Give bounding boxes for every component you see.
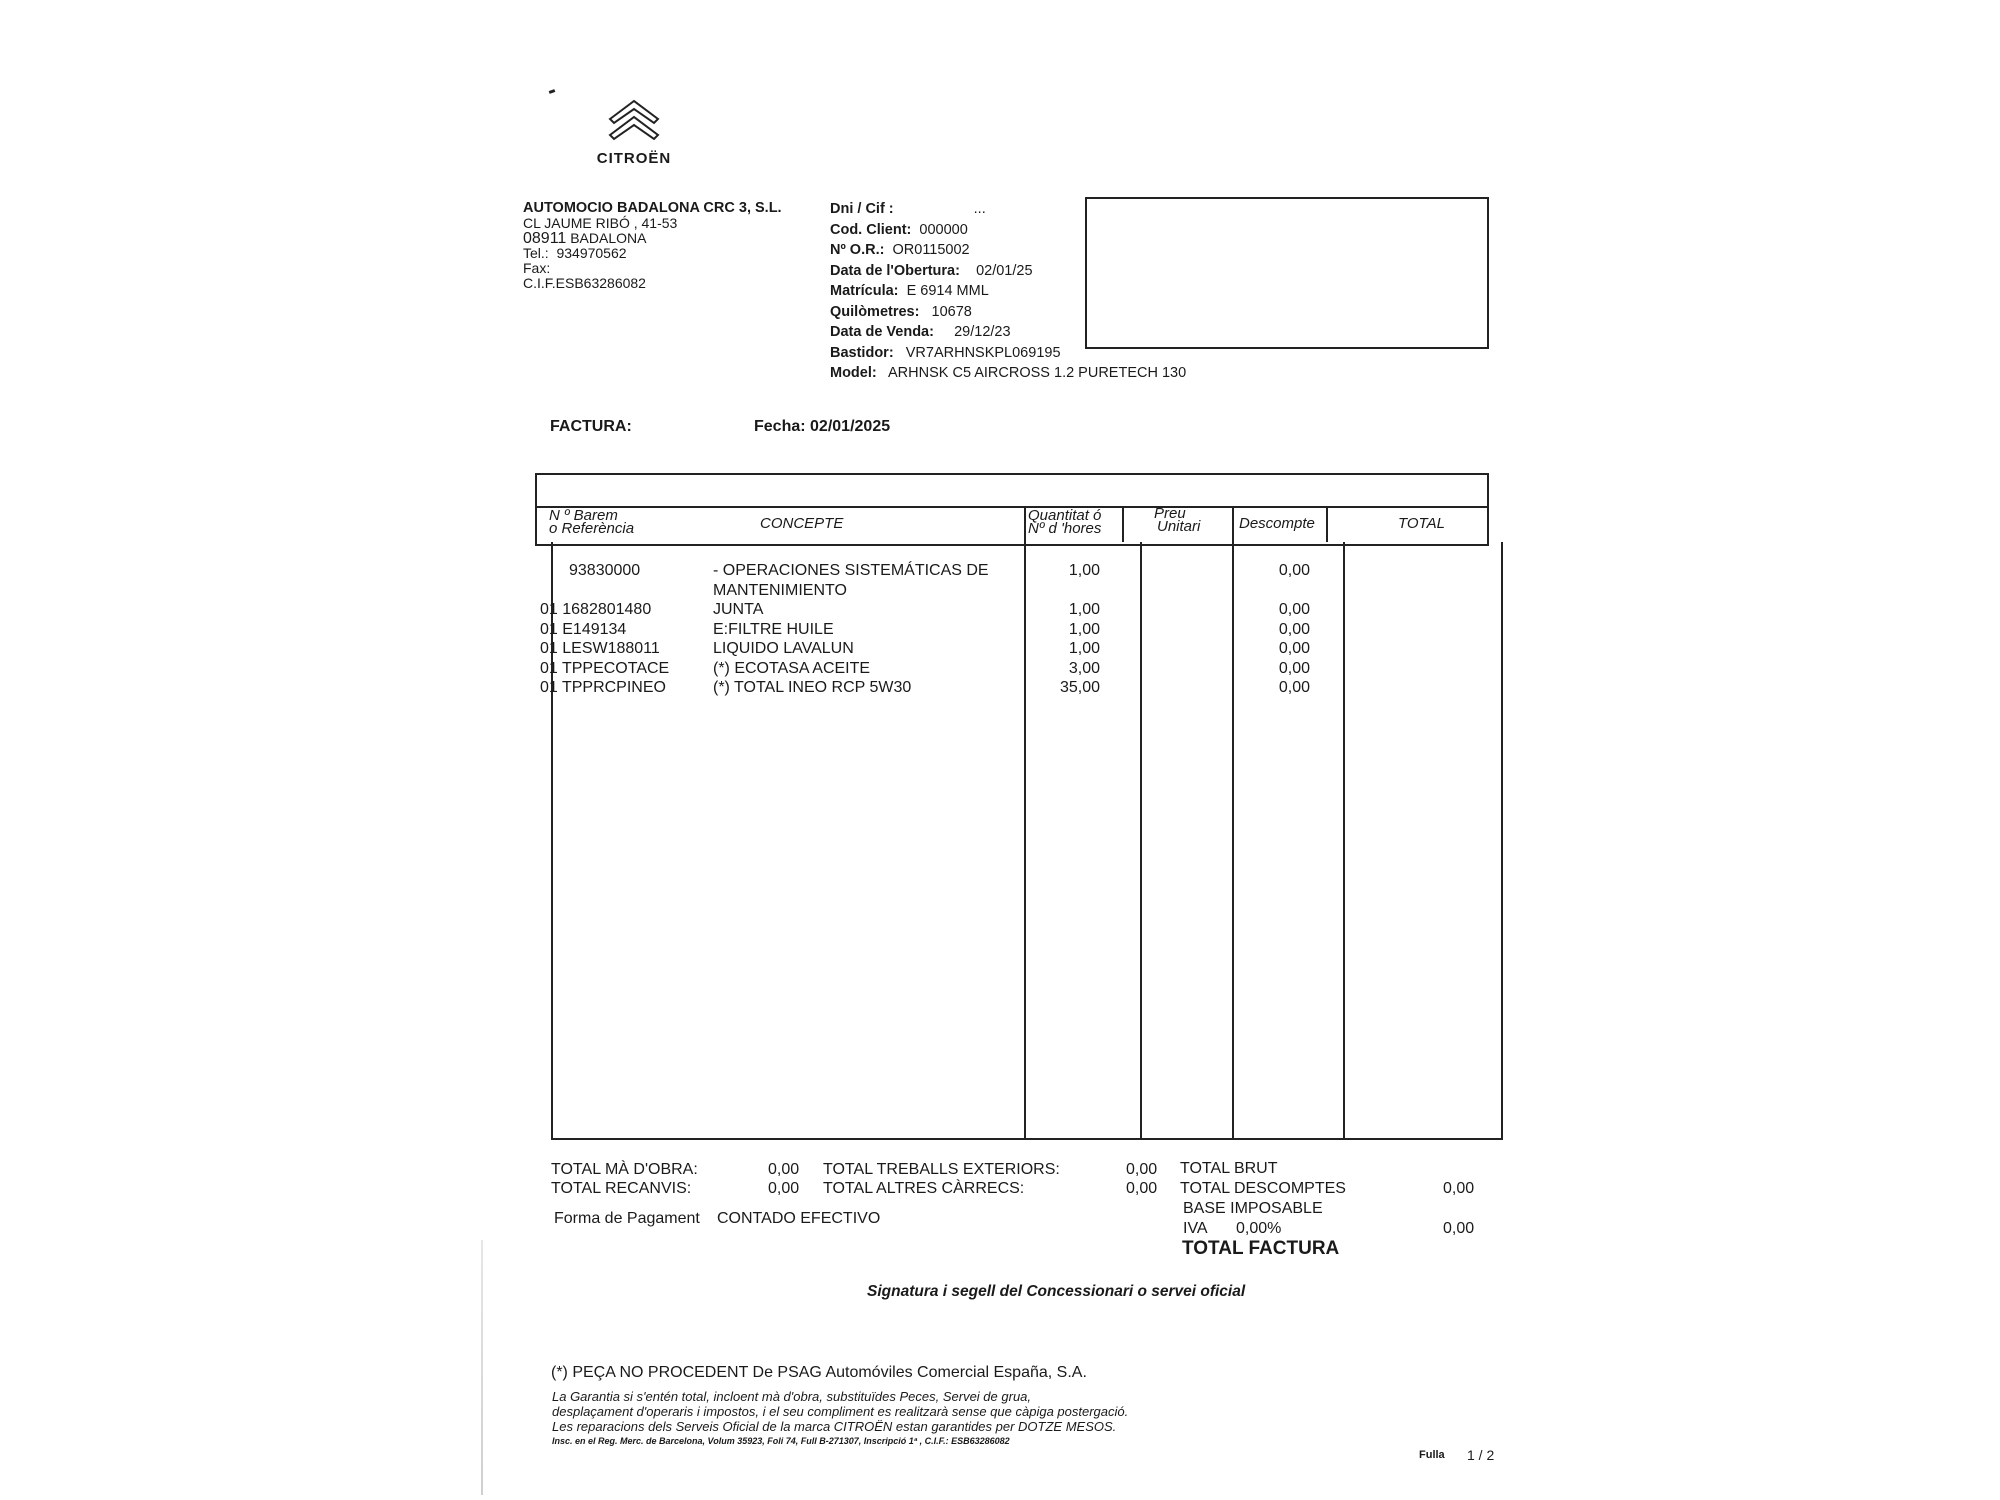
total-parts: 0,00 xyxy=(768,1180,799,1198)
brand-name: CITROËN xyxy=(584,150,684,167)
base-label: BASE IMPOSABLE xyxy=(1183,1200,1323,1218)
info-row-model: Model: ARHNSK C5 AIRCROSS 1.2 PURETECH 1… xyxy=(830,365,1186,386)
col-divider xyxy=(1232,506,1234,1140)
header-qty: Quantitat ó Nº d 'hores xyxy=(1028,509,1101,535)
header-discount: Descompte xyxy=(1239,517,1315,530)
total-discounts-label: TOTAL DESCOMPTES xyxy=(1180,1180,1346,1198)
scan-speck xyxy=(549,89,556,94)
invoice-date-value: 02/01/2025 xyxy=(810,418,890,435)
total-gross-label: TOTAL BRUT xyxy=(1180,1160,1278,1178)
table-row-0-discount: 0,00 xyxy=(1250,561,1310,581)
table-header xyxy=(535,506,1489,546)
total-labor-label: TOTAL MÀ D'OBRA: xyxy=(551,1161,698,1179)
dealer-city: BADALONA xyxy=(570,230,646,246)
vat-rate: 0,00% xyxy=(1236,1220,1281,1238)
invoice-date: Fecha: 02/01/2025 xyxy=(754,418,890,436)
table-row-4-ref: 01 TPPECOTACE xyxy=(540,659,669,679)
header-total: TOTAL xyxy=(1398,517,1445,530)
total-other-label: TOTAL ALTRES CÀRRECS: xyxy=(823,1180,1024,1198)
table-row-1-concept: JUNTA xyxy=(713,600,763,620)
table-row-4-qty: 3,00 xyxy=(1040,659,1100,679)
invoice-total-label: TOTAL FACTURA xyxy=(1182,1238,1339,1260)
total-external: 0,00 xyxy=(1126,1161,1157,1179)
total-labor: 0,00 xyxy=(768,1161,799,1179)
dealer-block: AUTOMOCIO BADALONA CRC 3, S.L. CL JAUME … xyxy=(523,201,782,291)
table-row-2-discount: 0,00 xyxy=(1250,620,1310,640)
table-row-1-qty: 1,00 xyxy=(1040,600,1100,620)
table-row-4-discount: 0,00 xyxy=(1250,659,1310,679)
col-divider xyxy=(1343,542,1345,1138)
table-top-band xyxy=(535,473,1489,509)
table-row-5-discount: 0,00 xyxy=(1250,678,1310,698)
table-row-2-qty: 1,00 xyxy=(1040,620,1100,640)
total-parts-label: TOTAL RECANVIS: xyxy=(551,1180,691,1198)
dealer-address: CL JAUME RIBÓ , 41-53 xyxy=(523,216,782,231)
table-row-2-ref: 01 E149134 xyxy=(540,620,626,640)
total-discounts: 0,00 xyxy=(1443,1180,1474,1198)
table-row-0-ref: 93830000 xyxy=(569,561,640,581)
vat-label: IVA xyxy=(1183,1220,1208,1238)
total-other: 0,00 xyxy=(1126,1180,1157,1198)
table-row-3-ref: 01 LESW188011 xyxy=(540,639,660,659)
dealer-tel-label: Tel.: xyxy=(523,245,549,261)
table-row-0-qty: 1,00 xyxy=(1040,561,1100,581)
table-row-3-qty: 1,00 xyxy=(1040,639,1100,659)
sheet-number: 1 / 2 xyxy=(1467,1447,1494,1463)
payment-label: Forma de Pagament xyxy=(554,1210,700,1228)
table-row-0-concept: - OPERACIONES SISTEMÁTICAS DE MANTENIMIE… xyxy=(713,561,989,600)
sheet-label: Fulla xyxy=(1419,1449,1445,1461)
scan-artifact-line xyxy=(481,1240,483,1495)
vat-amount: 0,00 xyxy=(1443,1220,1474,1238)
col-divider xyxy=(1024,506,1026,1140)
col-divider xyxy=(1140,542,1142,1138)
table-row-5-ref: 01 TPPRCPINEO xyxy=(540,678,666,698)
footnote: (*) PEÇA NO PROCEDENT De PSAG Automóvile… xyxy=(551,1364,1087,1382)
table-row-4-concept: (*) ECOTASA ACEITE xyxy=(713,659,870,679)
double-chevron-icon xyxy=(606,95,662,143)
dealer-name: AUTOMOCIO BADALONA CRC 3, S.L. xyxy=(523,201,782,216)
col-divider xyxy=(1122,506,1124,542)
dealer-cif: C.I.F.ESB63286082 xyxy=(523,276,782,291)
header-concept: CONCEPTE xyxy=(760,517,843,530)
header-unit-price: Preu Unitari xyxy=(1154,507,1200,533)
dealer-tel: 934970562 xyxy=(556,245,626,261)
warranty-text: La Garantia si s'entén total, incloent m… xyxy=(552,1389,1128,1449)
table-row-1-discount: 0,00 xyxy=(1250,600,1310,620)
customer-address-box xyxy=(1085,197,1489,349)
table-row-5-qty: 35,00 xyxy=(1040,678,1100,698)
table-row-3-concept: LIQUIDO LAVALUN xyxy=(713,639,854,659)
header-ref: N º Barem o Referència xyxy=(549,509,634,535)
signature-caption: Signatura i segell del Concessionari o s… xyxy=(867,1283,1245,1301)
table-row-1-ref: 01 1682801480 xyxy=(540,600,651,620)
registry-text: Insc. en el Reg. Merc. de Barcelona, Vol… xyxy=(552,1434,1128,1449)
table-row-2-concept: E:FILTRE HUILE xyxy=(713,620,834,640)
payment-method: CONTADO EFECTIVO xyxy=(717,1210,880,1228)
table-row-5-concept: (*) TOTAL INEO RCP 5W30 xyxy=(713,678,911,698)
dealer-fax-label: Fax: xyxy=(523,261,782,276)
total-external-label: TOTAL TREBALLS EXTERIORS: xyxy=(823,1161,1060,1179)
table-body xyxy=(551,542,1503,1140)
invoice-label: FACTURA: xyxy=(550,418,632,436)
col-divider xyxy=(1326,506,1328,542)
table-row-3-discount: 0,00 xyxy=(1250,639,1310,659)
